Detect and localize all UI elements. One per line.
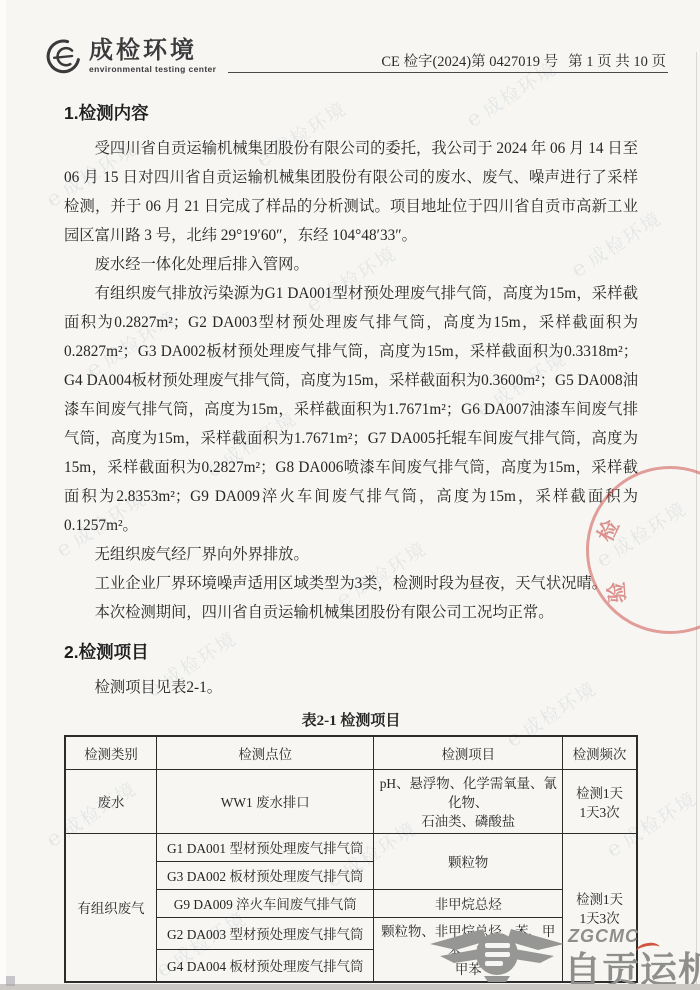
scan-corner-mark: [6, 976, 15, 986]
paragraph-unorganized-gas: 无组织废气经厂界向外界排放。: [64, 540, 638, 569]
col-header-point: 检测点位: [157, 736, 374, 770]
footer-company-logo: ZGCMC 自贡运机: [428, 920, 700, 986]
cell-category: 有组织废气: [65, 834, 157, 983]
seal-character: 检: [590, 514, 626, 546]
section2-title: 2.检测项目: [64, 639, 638, 664]
report-number: CE 检字(2024)第 0427019 号: [381, 54, 558, 70]
report-reference: CE 检字(2024)第 0427019 号第 1 页 共 10 页: [381, 50, 666, 71]
cell-point: G1 DA001 型材预处理废气排气筒: [157, 834, 374, 862]
paragraph-noise: 工业企业厂界环境噪声适用区域类型为3类，检测时段为昼夜，天气状况晴。: [64, 569, 638, 598]
cell-point: G9 DA009 淬火车间废气排气筒: [157, 890, 374, 918]
scan-edge-left: [0, 0, 6, 990]
brand-swirl-icon: [46, 38, 82, 74]
winged-emblem-icon: [428, 924, 566, 984]
cell-frequency: 检测1天 1天3次: [563, 770, 637, 834]
seal-character: 验: [600, 581, 631, 604]
paragraph-wastewater: 废水经一体化处理后排入管网。: [64, 250, 638, 279]
cell-items: pH、悬浮物、化学需氧量、氰化物、 石油类、磷酸盐: [374, 770, 563, 834]
cell-items: 非甲烷总烃: [374, 890, 563, 918]
company-name: 自贡运机: [564, 940, 700, 990]
cell-items: 颗粒物: [374, 834, 563, 890]
cell-point: G4 DA004 板材预处理废气排气筒: [157, 949, 374, 982]
brand-subtitle: environmental testing center: [89, 64, 216, 74]
col-header-frequency: 检测频次: [563, 736, 637, 770]
header-rule: [228, 72, 668, 73]
col-header-items: 检测项目: [374, 736, 563, 770]
table-header-row: 检测类别 检测点位 检测项目 检测频次: [65, 736, 637, 770]
report-page: ℮成检环境 ℮成检环境 ℮成检环境 ℮成检环境 ℮成检环境 ℮成检环境 ℮成检环…: [0, 0, 700, 990]
page-indicator: 第 1 页 共 10 页: [568, 54, 666, 70]
brand-name: 成检环境: [89, 38, 216, 63]
table-title: 表2-1 检测项目: [64, 709, 638, 730]
section1-title: 1.检测内容: [64, 100, 638, 125]
cell-point: G3 DA002 板材预处理废气排气筒: [157, 862, 374, 890]
paragraph-commission: 受四川省自贡运输机械集团股份有限公司的委托，我公司于 2024 年 06 月 1…: [64, 134, 638, 250]
cell-category: 废水: [65, 770, 157, 834]
cell-point: G2 DA003 型材预处理废气排气筒: [157, 918, 374, 950]
header-logo: 成检环境 environmental testing center: [46, 38, 216, 74]
paragraph-organized-gas: 有组织废气排放污染源为G1 DA001型材预处理废气排气筒，高度为15m，采样截…: [64, 279, 638, 540]
col-header-category: 检测类别: [65, 736, 157, 770]
table-row: 废水 WW1 废水排口 pH、悬浮物、化学需氧量、氰化物、 石油类、磷酸盐 检测…: [65, 770, 637, 834]
table-row: 有组织废气 G1 DA001 型材预处理废气排气筒 颗粒物 检测1天 1天3次: [65, 834, 637, 862]
document-body: 1.检测内容 受四川省自贡运输机械集团股份有限公司的委托，我公司于 2024 年…: [64, 100, 638, 983]
cell-point: WW1 废水排口: [157, 770, 374, 834]
table-intro: 检测项目见表2-1。: [64, 673, 638, 702]
scan-edge-bottom: [0, 984, 700, 990]
paragraph-conditions: 本次检测期间，四川省自贡运输机械集团股份有限公司工况均正常。: [64, 598, 638, 627]
